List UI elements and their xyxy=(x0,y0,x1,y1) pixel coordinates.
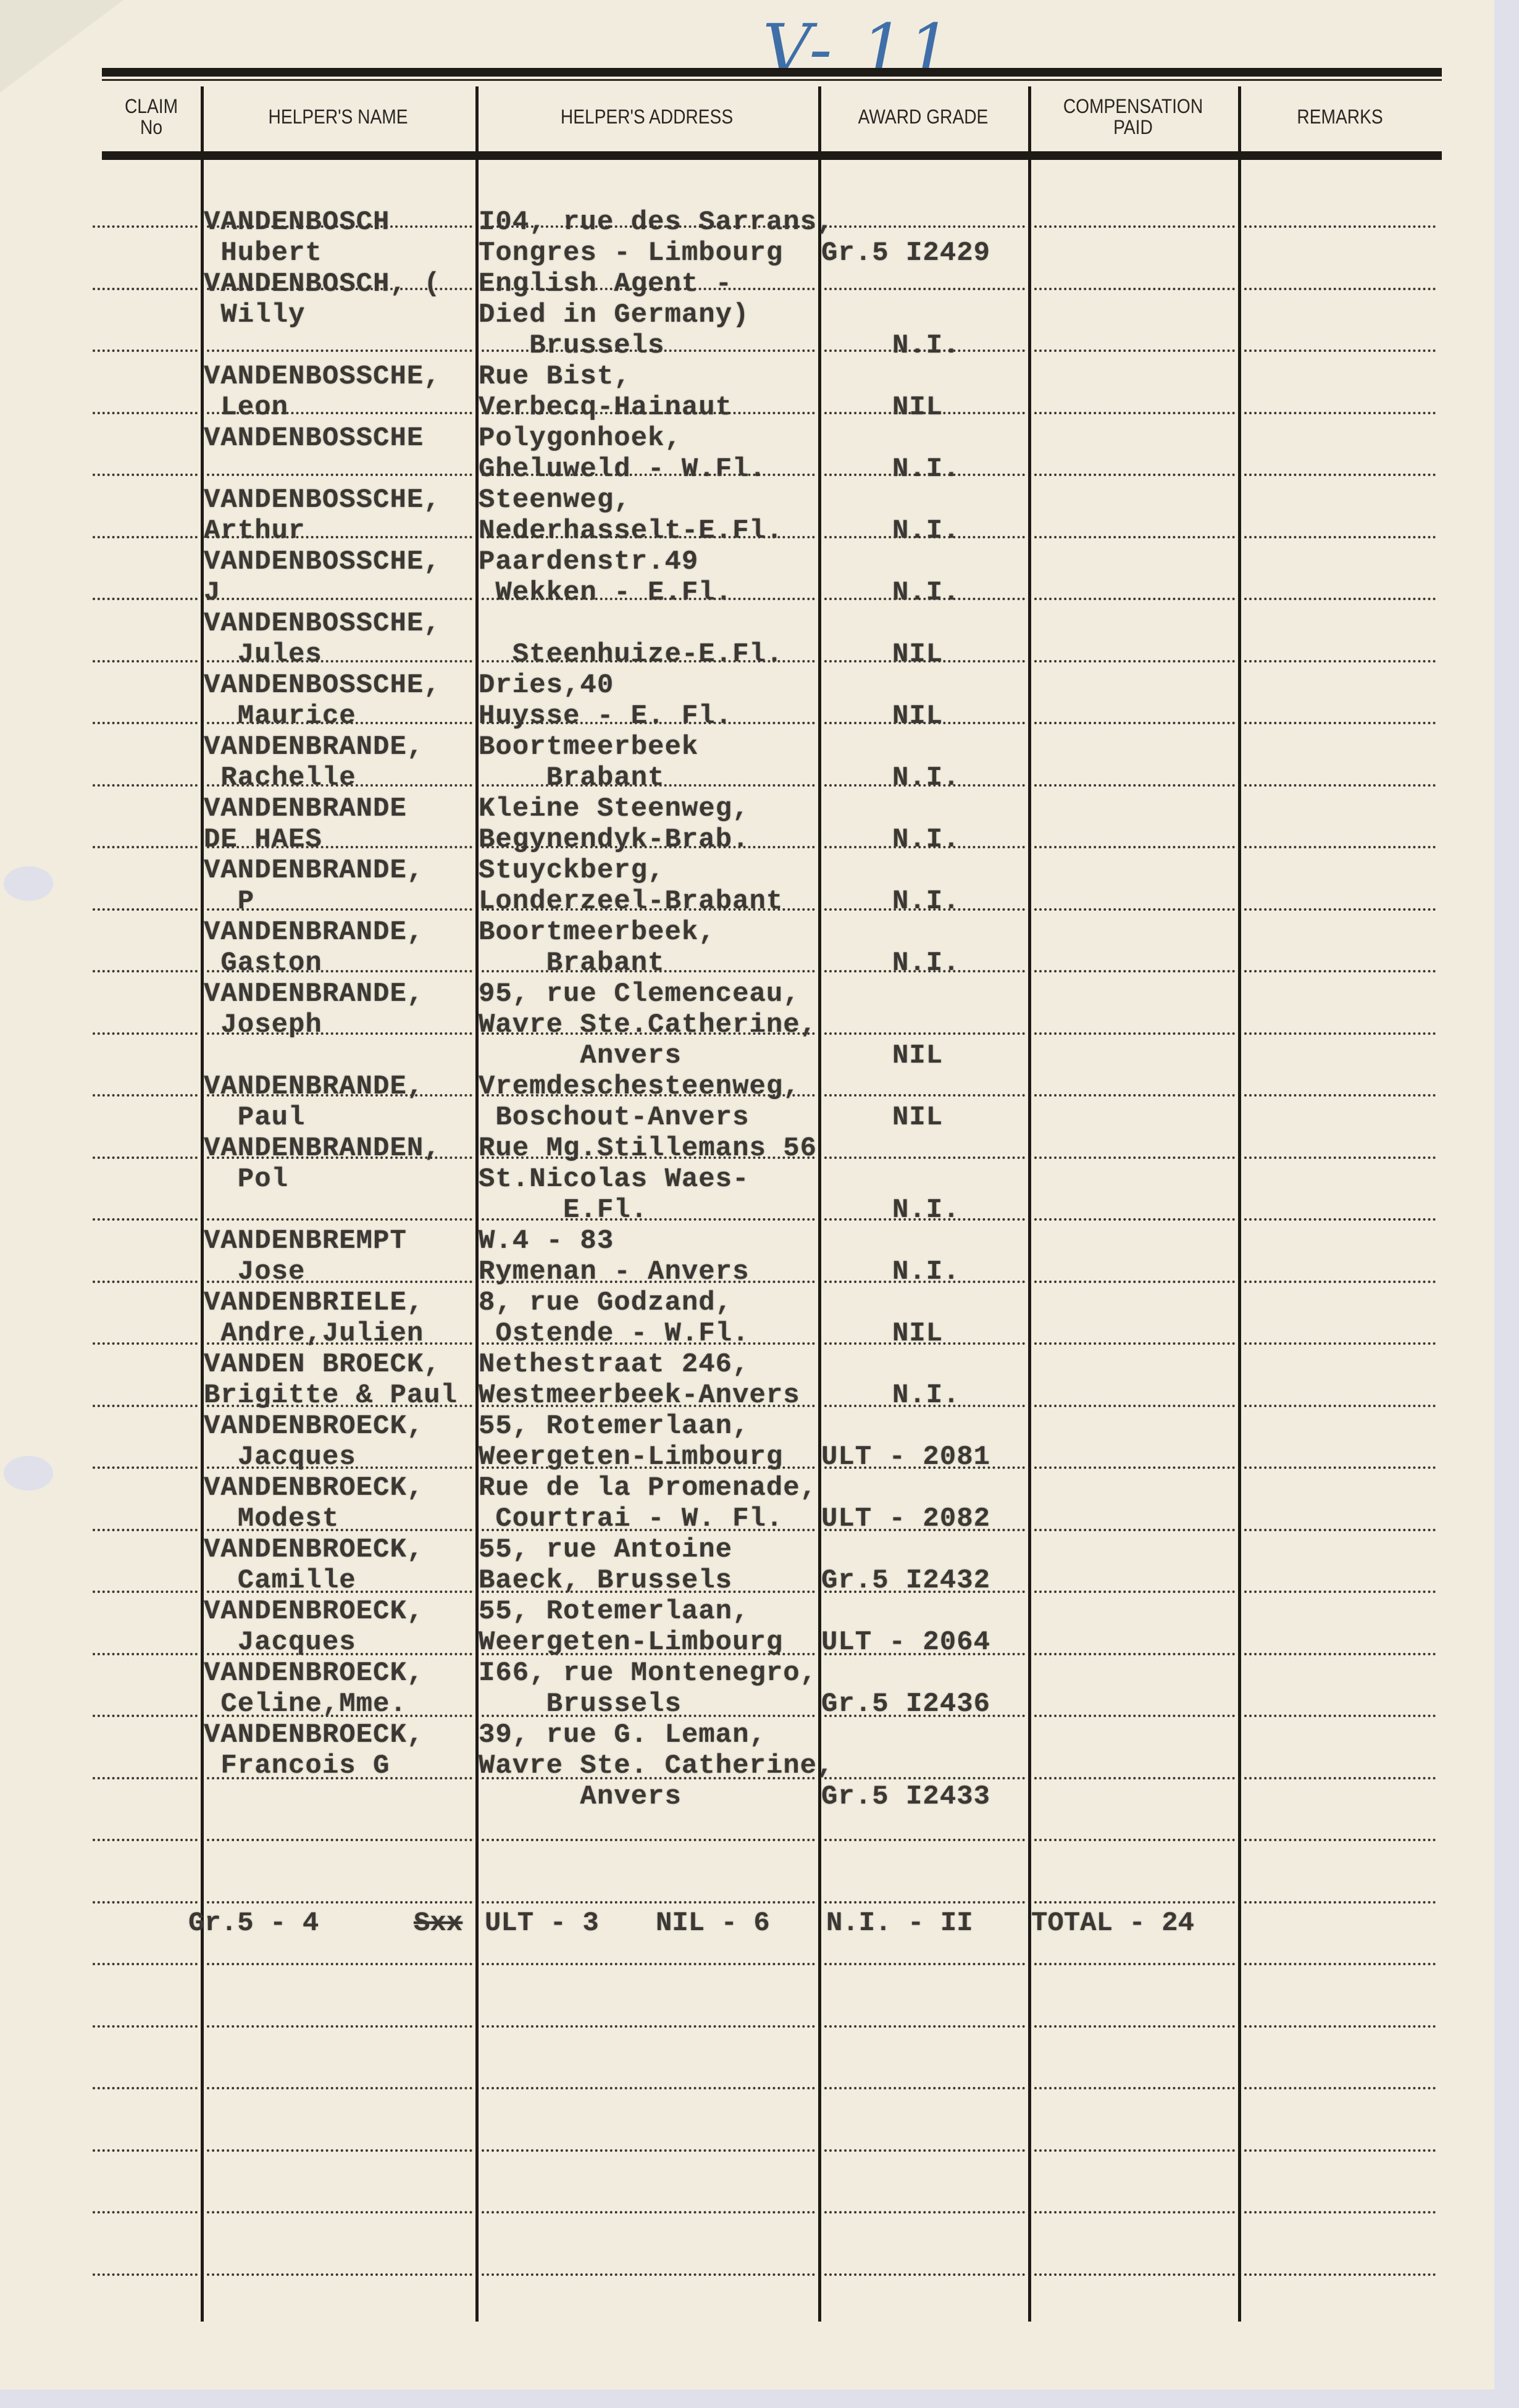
row-guide-line xyxy=(1244,1901,1436,1904)
row-guide-line xyxy=(207,474,472,476)
award-grade: N.I. xyxy=(892,886,960,917)
row-guide-line xyxy=(207,1839,472,1841)
helper-address: Boortmeerbeek Brabant xyxy=(479,732,698,793)
row-guide-line xyxy=(1244,2087,1436,2089)
row-guide-line xyxy=(1034,1156,1235,1159)
row-guide-line xyxy=(1034,1901,1235,1904)
row-guide-line xyxy=(93,1963,198,1965)
header-compensation-paid: COMPENSATIONPAID xyxy=(1040,86,1225,148)
helper-address: English Agent - Died in Germany) Brussel… xyxy=(479,269,749,361)
helper-address: Vremdeschesteenweg, Boschout-Anvers xyxy=(479,1071,800,1133)
helper-address: 95, rue Clemenceau, Wavre Ste.Catherine,… xyxy=(479,979,817,1071)
helper-address: Rue Mg.Stillemans 56 St.Nicolas Waes- E.… xyxy=(479,1133,817,1226)
summary-total: TOTAL - 24 xyxy=(1031,1908,1194,1939)
award-grade: Gr.5 I2433 xyxy=(821,1781,990,1812)
row-guide-line xyxy=(1244,536,1436,538)
row-guide-line xyxy=(207,2149,472,2152)
row-guide-line xyxy=(1034,846,1235,848)
row-guide-line xyxy=(93,846,198,848)
row-guide-line xyxy=(1244,1281,1436,1283)
award-grade: NIL xyxy=(892,701,943,732)
header-remarks: REMARKS xyxy=(1250,86,1429,148)
row-guide-line xyxy=(93,2087,198,2089)
helper-address: Stuyckberg, Londerzeel-Brabant xyxy=(479,855,783,917)
row-guide-line xyxy=(93,1591,198,1593)
row-guide-line xyxy=(93,1032,198,1035)
row-guide-line xyxy=(1244,2149,1436,2152)
row-guide-line xyxy=(1244,970,1436,972)
helper-name: VANDENBOSSCHE xyxy=(204,423,424,454)
row-guide-line xyxy=(1034,2211,1235,2214)
row-guide-line xyxy=(93,1839,198,1841)
row-guide-line xyxy=(1034,1342,1235,1345)
helper-name: VANDENBROECK, Celine,Mme. xyxy=(204,1658,424,1720)
award-grade: N.I. xyxy=(892,516,960,546)
helper-name: VANDENBROECK, Jacques xyxy=(204,1411,424,1473)
helper-name: VANDENBOSSCHE, Jules xyxy=(204,608,441,670)
helper-name: VANDENBROECK, Jacques xyxy=(204,1596,424,1658)
helper-address: 55, rue Antoine Baeck, Brussels xyxy=(479,1534,732,1596)
row-guide-line xyxy=(1034,1715,1235,1717)
award-grade: ULT - 2064 xyxy=(821,1627,990,1658)
row-guide-line xyxy=(1034,1839,1235,1841)
row-guide-line xyxy=(93,1777,198,1779)
helper-name: VANDENBROECK, Francois G xyxy=(204,1720,424,1781)
helper-address: I66, rue Montenegro, Brussels xyxy=(479,1658,817,1720)
row-guide-line xyxy=(93,225,198,228)
top-rule xyxy=(102,68,1442,77)
row-guide-line xyxy=(93,722,198,724)
row-guide-line xyxy=(1034,1777,1235,1779)
punch-hole xyxy=(4,866,53,901)
row-guide-line xyxy=(1244,412,1436,414)
award-grade: N.I. xyxy=(892,1380,960,1411)
row-guide-line xyxy=(93,1218,198,1221)
award-grade: ULT - 2081 xyxy=(821,1442,990,1473)
row-guide-line xyxy=(207,2273,472,2276)
row-guide-line xyxy=(207,2025,472,2028)
helper-address: Nethestraat 246, Westmeerbeek-Anvers xyxy=(479,1349,800,1411)
row-guide-line xyxy=(207,1218,472,1221)
row-guide-line xyxy=(824,1963,1025,1965)
row-guide-line xyxy=(1034,2025,1235,2028)
row-guide-line xyxy=(93,1715,198,1717)
row-guide-line xyxy=(824,288,1025,290)
helper-address: I04, rue des Sarrans, Tongres - Limbourg xyxy=(479,207,834,269)
row-guide-line xyxy=(1034,2273,1235,2276)
row-guide-line xyxy=(1244,1963,1436,1965)
summary-ult: ULT - 3 xyxy=(485,1908,599,1939)
helper-name: VANDENBRANDE, Gaston xyxy=(204,917,424,979)
row-guide-line xyxy=(824,1156,1025,1159)
header-helper-name: HELPER'S NAME xyxy=(217,86,459,148)
row-guide-line xyxy=(1244,722,1436,724)
row-guide-line xyxy=(482,2273,815,2276)
award-grade: N.I. xyxy=(892,1195,960,1226)
row-guide-line xyxy=(482,2149,815,2152)
row-guide-line xyxy=(1034,1281,1235,1283)
row-guide-line xyxy=(1034,660,1235,663)
row-guide-line xyxy=(1244,2211,1436,2214)
summary-ni: N.I. - II xyxy=(826,1908,973,1939)
award-grade: N.I. xyxy=(892,330,960,361)
row-guide-line xyxy=(93,2211,198,2214)
award-grade: N.I. xyxy=(892,948,960,979)
helper-address: W.4 - 83 Rymenan - Anvers xyxy=(479,1226,749,1287)
award-grade: NIL xyxy=(892,639,943,670)
row-guide-line xyxy=(824,1777,1025,1779)
helper-name: VANDENBRIELE, Andre,Julien xyxy=(204,1287,424,1349)
row-guide-line xyxy=(824,2149,1025,2152)
row-guide-line xyxy=(1034,1218,1235,1221)
row-guide-line xyxy=(482,1901,815,1904)
summary-gr5: Gr.5 - 4 xyxy=(188,1908,319,1939)
row-guide-line xyxy=(824,1032,1025,1035)
row-guide-line xyxy=(824,2025,1025,2028)
row-guide-line xyxy=(1034,536,1235,538)
row-guide-line xyxy=(93,1342,198,1345)
row-guide-line xyxy=(1034,1591,1235,1593)
award-grade: Gr.5 I2429 xyxy=(821,238,990,269)
header-helper-address: HELPER'S ADDRESS xyxy=(496,86,797,148)
award-grade: N.I. xyxy=(892,824,960,855)
row-guide-line xyxy=(1244,846,1436,848)
column-divider xyxy=(818,86,821,2322)
helper-name: VANDEN BROECK, Brigitte & Paul xyxy=(204,1349,458,1411)
row-guide-line xyxy=(207,349,472,352)
award-grade: NIL xyxy=(892,392,943,423)
award-grade: N.I. xyxy=(892,763,960,793)
row-guide-line xyxy=(1244,598,1436,600)
row-guide-line xyxy=(93,1901,198,1904)
row-guide-line xyxy=(207,2211,472,2214)
column-divider xyxy=(1028,86,1031,2322)
row-guide-line xyxy=(93,1156,198,1159)
row-guide-line xyxy=(207,1901,472,1904)
row-guide-line xyxy=(1244,660,1436,663)
row-guide-line xyxy=(93,784,198,787)
helper-name: VANDENBOSCH Hubert xyxy=(204,207,390,269)
row-guide-line xyxy=(93,288,198,290)
helper-address: Steenweg, Nederhasselt-E.Fl. xyxy=(479,485,783,546)
document-page: V- 11 CLAIMNoHELPER'S NAMEHELPER'S ADDRE… xyxy=(0,0,1494,2389)
row-guide-line xyxy=(824,1839,1025,1841)
row-guide-line xyxy=(1244,288,1436,290)
helper-address: 39, rue G. Leman, Wavre Ste. Catherine, … xyxy=(479,1720,834,1812)
row-guide-line xyxy=(1034,784,1235,787)
row-guide-line xyxy=(824,2211,1025,2214)
row-guide-line xyxy=(1034,349,1235,352)
award-grade: NIL xyxy=(892,1318,943,1349)
top-rule-thin xyxy=(102,79,1442,81)
row-guide-line xyxy=(1034,1405,1235,1407)
helper-name: VANDENBOSSCHE, J xyxy=(204,546,441,608)
row-guide-line xyxy=(1034,225,1235,228)
row-guide-line xyxy=(93,474,198,476)
row-guide-line xyxy=(1034,2149,1235,2152)
row-guide-line xyxy=(93,2025,198,2028)
award-grade: N.I. xyxy=(892,454,960,485)
row-guide-line xyxy=(93,349,198,352)
award-grade: N.I. xyxy=(892,577,960,608)
row-guide-line xyxy=(93,1529,198,1531)
row-guide-line xyxy=(1244,1839,1436,1841)
row-guide-line xyxy=(482,2087,815,2089)
header-award-grade: AWARD GRADE xyxy=(831,86,1015,148)
row-guide-line xyxy=(1244,1715,1436,1717)
row-guide-line xyxy=(93,2149,198,2152)
row-guide-line xyxy=(1244,1529,1436,1531)
row-guide-line xyxy=(482,1839,815,1841)
row-guide-line xyxy=(1244,225,1436,228)
row-guide-line xyxy=(1244,1342,1436,1345)
row-guide-line xyxy=(824,1094,1025,1097)
helper-name: VANDENBREMPT Jose xyxy=(204,1226,407,1287)
row-guide-line xyxy=(1034,1466,1235,1469)
helper-address: Rue de la Promenade, Courtrai - W. Fl. xyxy=(479,1473,817,1534)
row-guide-line xyxy=(1034,908,1235,911)
row-guide-line xyxy=(1244,1156,1436,1159)
row-guide-line xyxy=(1034,1963,1235,1965)
row-guide-line xyxy=(93,908,198,911)
helper-address: Boortmeerbeek, Brabant xyxy=(479,917,716,979)
row-guide-line xyxy=(482,1963,815,1965)
row-guide-line xyxy=(1244,2025,1436,2028)
row-guide-line xyxy=(207,2087,472,2089)
row-guide-line xyxy=(1034,722,1235,724)
punch-hole xyxy=(4,1456,53,1490)
row-guide-line xyxy=(93,1281,198,1283)
row-guide-line xyxy=(93,1466,198,1469)
header-claim-no: CLAIMNo xyxy=(108,86,195,148)
row-guide-line xyxy=(824,2273,1025,2276)
row-guide-line xyxy=(824,225,1025,228)
row-guide-line xyxy=(1244,1032,1436,1035)
row-guide-line xyxy=(1244,784,1436,787)
helper-name: VANDENBRANDE, Paul xyxy=(204,1071,424,1133)
helper-name: VANDENBROECK, Camille xyxy=(204,1534,424,1596)
row-guide-line xyxy=(1244,1466,1436,1469)
row-guide-line xyxy=(93,970,198,972)
helper-address: Dries,40 Huysse - E. Fl. xyxy=(479,670,732,732)
row-guide-line xyxy=(1034,1529,1235,1531)
award-grade: Gr.5 I2432 xyxy=(821,1565,990,1596)
row-guide-line xyxy=(93,1405,198,1407)
helper-name: VANDENBROECK, Modest xyxy=(204,1473,424,1534)
row-guide-line xyxy=(1034,1032,1235,1035)
award-grade: NIL xyxy=(892,1040,943,1071)
row-guide-line xyxy=(1034,1094,1235,1097)
helper-address: Paardenstr.49 Wekken - E.Fl. xyxy=(479,546,732,608)
row-guide-line xyxy=(1244,1591,1436,1593)
helper-name: VANDENBRANDEN, Pol xyxy=(204,1133,441,1195)
helper-name: VANDENBOSCH, ( Willy xyxy=(204,269,441,330)
row-guide-line xyxy=(482,2211,815,2214)
row-guide-line xyxy=(93,660,198,663)
helper-name: VANDENBRANDE, P xyxy=(204,855,424,917)
summary-nil: NIL - 6 xyxy=(656,1908,770,1939)
helper-name: VANDENBOSSCHE, Maurice xyxy=(204,670,441,732)
row-guide-line xyxy=(1034,1653,1235,1655)
column-divider xyxy=(1238,86,1241,2322)
helper-address: 55, Rotemerlaan, Weergeten-Limbourg xyxy=(479,1411,783,1473)
row-guide-line xyxy=(1244,1094,1436,1097)
row-guide-line xyxy=(1244,474,1436,476)
helper-address: Kleine Steenweg, Begynendyk-Brab. xyxy=(479,793,749,855)
row-guide-line xyxy=(1034,970,1235,972)
helper-address: Polygonhoek, Gheluweld - W.Fl. xyxy=(479,423,766,485)
row-guide-line xyxy=(93,536,198,538)
row-guide-line xyxy=(1034,288,1235,290)
award-grade: NIL xyxy=(892,1102,943,1133)
row-guide-line xyxy=(93,1094,198,1097)
row-guide-line xyxy=(93,412,198,414)
row-guide-line xyxy=(824,2087,1025,2089)
helper-name: VANDENBOSSCHE, Leon xyxy=(204,361,441,423)
helper-address: Rue Bist, Verbecq-Hainaut xyxy=(479,361,732,423)
row-guide-line xyxy=(1244,1218,1436,1221)
helper-address: 55, Rotemerlaan, Weergeten-Limbourg xyxy=(479,1596,783,1658)
helper-name: VANDENBRANDE, Rachelle xyxy=(204,732,424,793)
row-guide-line xyxy=(1244,1653,1436,1655)
award-grade: ULT - 2082 xyxy=(821,1503,990,1534)
row-guide-line xyxy=(93,2273,198,2276)
row-guide-line xyxy=(1244,1777,1436,1779)
row-guide-line xyxy=(1244,908,1436,911)
row-guide-line xyxy=(93,598,198,600)
row-guide-line xyxy=(1244,2273,1436,2276)
helper-address: Steenhuize-E.Fl. xyxy=(479,608,783,670)
helper-name: VANDENBRANDE, Joseph xyxy=(204,979,424,1040)
helper-name: VANDENBRANDE DE HAES xyxy=(204,793,407,855)
row-guide-line xyxy=(824,1901,1025,1904)
row-guide-line xyxy=(1034,598,1235,600)
row-guide-line xyxy=(1034,412,1235,414)
helper-address: 8, rue Godzand, Ostende - W.Fl. xyxy=(479,1287,749,1349)
row-guide-line xyxy=(1034,2087,1235,2089)
summary-struck: Sxx xyxy=(414,1908,462,1939)
row-guide-line xyxy=(482,2025,815,2028)
row-guide-line xyxy=(1034,474,1235,476)
award-grade: N.I. xyxy=(892,1256,960,1287)
row-guide-line xyxy=(1244,349,1436,352)
award-grade: Gr.5 I2436 xyxy=(821,1689,990,1720)
row-guide-line xyxy=(1244,1405,1436,1407)
helper-name: VANDENBOSSCHE, Arthur xyxy=(204,485,441,546)
row-guide-line xyxy=(207,1963,472,1965)
row-guide-line xyxy=(93,1653,198,1655)
